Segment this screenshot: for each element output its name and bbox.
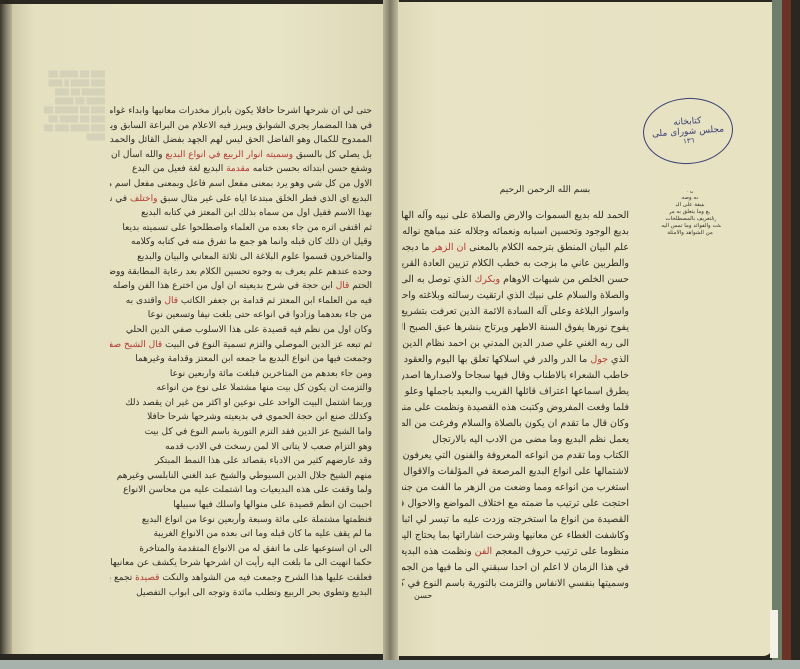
text-line: واما الشيخ عز الدين فقد التزم التورية با… [110,425,372,440]
line-text: استغرب من انواعه ومما وضعت من الزهر ما ا… [402,482,629,493]
line-text: والمتاخرون قسموا علوم البلاغة الى ثلاثة … [137,252,372,262]
line-text: ثم تبعه عز الدين الموصلي والتزم تسمية ال… [165,340,372,350]
text-line: وكاشفت الغطاء عن معانيها وشرحت اشاراتها … [402,528,629,544]
line-text: وربما اشتمل البيت الواحد على نوعين او اك… [125,398,372,408]
line-text-tail: ما دبجت به ديباجة الاوهام [402,242,429,253]
line-text: منظوما على ترتيب حروف المعجم [495,546,629,557]
text-line: البديع اي الذي فطر الخلق مبتدعا اياه على… [110,192,372,207]
text-line: وجمعت فيها من انواع البديع ما جمعه ابن ا… [110,352,372,367]
text-line: الذي جول ما الدر والدر في اسلاكها تعلق ب… [402,352,629,368]
line-text: حتى لي ان شرحها اشرحا حافلا يكون بابراز … [110,106,372,116]
line-text: بهذا الاسم فقيل اول من سماه بذلك ابن الم… [141,208,372,218]
text-line: والصلاة والسلام على نبيك الذي ارتقيت رسا… [402,288,629,304]
text-line: بديع الوجود وتحسين اسبابه ونعمائه وجلاله… [402,224,629,240]
text-line: الكتاب وما تقدم من انواعه المعروفة والفن… [402,448,629,464]
line-text: في هذا المضمار يجري الشوابق ويبرز فيه ال… [110,121,372,131]
line-text: في هذا الزمان لا اعلم ان احدا سبقني الى … [402,562,629,573]
line-text: فنظمتها مشتملة على مائة وسبعة وأربعين نو… [142,515,372,525]
line-text-tail: تجمع بها الشتات [110,573,132,583]
text-line: يطرق اسماعها اعتراف قائلها القريب والبعي… [402,384,629,400]
line-text: ومن جاء بعدهم من المتاخرين فبلغت مائة وا… [170,369,372,379]
line-text: وقيل ان ذلك كان قبله وانما هو جمع ما تفر… [131,237,372,247]
text-line: وكذلك صنع ابن حجة الحموي في بديعيته وشرح… [110,410,372,425]
text-line: ولما وقفت على هذه البديعيات وما اشتملت ع… [110,483,372,498]
rubric-text: مقدمة [226,164,250,174]
text-line: ومن جاء بعدهم من المتاخرين فبلغت مائة وا… [110,367,372,382]
line-text: خاطب الشعراء بالاطناب وقال فيها سجاحا ول… [402,370,629,381]
line-text: وكاشفت الغطاء عن معانيها وشرحت اشاراتها … [402,530,629,541]
text-line: يفوح نورها يفوق السنة الاطهر ويرتاح بنشر… [402,320,629,336]
line-text-tail: واقتدى به [126,296,162,306]
line-text: بديع الوجود وتحسين اسبابه ونعمائه وجلاله… [402,226,629,237]
line-text: البديع اي الذي فطر الخلق مبتدعا اياه على… [160,194,372,204]
line-text: لاشتمالها على انواع البديع المرصعة في ال… [403,466,629,477]
text-line: واسوار البلاغة وعلى آله السادة الائمة ال… [402,304,629,320]
rubric-text: قال [164,296,178,306]
line-text: ثم اقتفى اثره من جاء بعده من العلماء واص… [122,223,372,233]
line-text: الى ربه الغني علي صدر الدين المدني بن اح… [402,338,629,349]
text-line: والتزمت ان يكون كل بيت منها مشتملا على ن… [110,381,372,396]
line-text: الممدوح للكمال وهو الفاضل الحق ليس لهم ا… [110,135,372,145]
text-line: وقد عارضهم كثير من الادباء بقصائد على هذ… [110,454,372,469]
line-text: بل يصلي كل بالسبق [296,150,372,160]
left-page-text: حتى لي ان شرحها اشرحا حافلا يكون بابراز … [110,104,372,600]
line-text-tail: ونظمت هذه البديعية [402,546,472,557]
line-text: حسن الخلص من شبهات الاوهام [503,274,629,285]
text-line: يعمل نظم البديع وما مضى من الادب اليه با… [402,432,629,448]
line-text: من جاء بعدهما وزادوا في انواعه حتى بلغت … [148,310,372,320]
line-text: والصلاة [600,290,629,301]
rubric-text: قال [336,281,350,291]
line-text-tail: والله اسأل ان يجعله [110,150,163,160]
line-text: والتزمت ان يكون كل بيت منها مشتملا على ن… [156,383,372,393]
line-text: حكما انهيت الى ما بلغت اليه رأيت ان اشرح… [110,558,372,568]
text-line: حتى لي ان شرحها اشرحا حافلا يكون بابراز … [110,104,372,119]
line-text-tail: الذي توصل به الى تقييد النعم [402,274,471,285]
text-line: في هذا الزمان لا اعلم ان احدا سبقني الى … [402,560,629,576]
bleed-through-text: ▒▒▒ ▒▒ ▒▒▒▒ ▒▒ ▒▒▒ ▒▒▒▒ ▒ ▒▒▒ ▒▒▒▒▒ ▒▒ ▒… [40,70,105,630]
line-text: يفوح نورها يفوق السنة الاطهر ويرتاح بنشر… [402,322,629,333]
binding-edge-green [772,0,782,660]
bottom-border [0,660,800,669]
text-line: وكان اول من نظم فيه قصيدة على هذا الاسلو… [110,323,372,338]
rubric-text: جول [590,354,608,365]
text-line: لاشتمالها على انواع البديع المرصعة في ال… [402,464,629,480]
text-line: الحمد لله بديع السموات والارض والصلاة عل… [402,208,629,224]
line-text: ما لم يقف عليه ما كان قبله وما اتى بعده … [153,529,372,539]
line-text: الحتم [352,281,372,291]
text-line: احتجت على ترتيب ما ضمته مع اختلاف المواض… [402,496,629,512]
line-text: وحده عندهم علم يعرف به وجوه تحسين الكلام… [110,267,372,277]
text-line: حسن الخلص من شبهات الاوهام وبكرك الذي تو… [402,272,629,288]
text-line: استغرب من انواعه ومما وضعت من الزهر ما ا… [402,480,629,496]
text-line: ثم تبعه عز الدين الموصلي والتزم تسمية ال… [110,338,372,353]
line-text: منهم الشيخ جلال الدين السيوطي والشيخ عبد… [117,471,372,481]
catchword: حسن [414,591,432,600]
line-text: وقد عارضهم كثير من الادباء بقصائد على هذ… [155,456,372,466]
line-text: يعمل نظم البديع وما مضى من الادب اليه با… [432,434,629,445]
rubric-text: الفن [475,546,493,557]
line-text: علم البيان المنطق بترجمه الكلام بالمعنى [469,242,629,253]
text-line: من جاء بعدهما وزادوا في انواعه حتى بلغت … [110,308,372,323]
line-text: وسميتها بنفسي الانفاس والتزمت بالتورية ب… [402,578,629,589]
line-text: فيه من العلماء ابن المعتز ثم قدامة بن جع… [181,296,372,306]
text-line: احببت ان انظم قصيدة على منوالها واسلك في… [110,498,372,513]
text-line: بل يصلي كل بالسبق وسميته انوار الربيع في… [110,148,372,163]
line-text: وكان اول من نظم فيه قصيدة على هذا الاسلو… [126,325,372,335]
rubric-text: وسميته انوار الربيع في انواع البديع [165,150,293,160]
text-line: علم البيان المنطق بترجمه الكلام بالمعنى … [402,240,629,256]
text-line: فعلقت عليها هذا الشرح وجمعت فيه من الشوا… [110,571,372,586]
line-text: والطربين عاني ما بزجت به خطب الكلام تزيي… [402,258,629,269]
line-text: وهو التزام صعب لا يتاتى الا لمن رسخت في … [165,442,372,452]
line-text: وكان قال ما تقدم [560,418,629,429]
line-text: الكتاب وما تقدم من انواعه المعروفة والفن… [403,450,629,461]
line-text-tail: في نقل اسم هذا العلم [110,194,127,204]
line-text: واسوار البلاغة وعلى آله السادة الائمة ال… [402,306,629,317]
rubric-text: ان الزهر [432,242,466,253]
text-line: والمتاخرون قسموا علوم البلاغة الى ثلاثة … [110,250,372,265]
line-text: القصيدة من انواع ما استخرجته وزدت عليه م… [402,514,629,525]
line-text: يطرق اسماعها اعتراف قائلها القريب والبعي… [402,386,629,397]
text-line: وربما اشتمل البيت الواحد على نوعين او اك… [110,396,372,411]
text-line: منهم الشيخ جلال الدين السيوطي والشيخ عبد… [110,469,372,484]
line-text: وجمعت فيها من انواع البديع ما جمعه ابن ا… [135,354,372,364]
text-line: الى ربه الغني علي صدر الدين المدني بن اح… [402,336,629,352]
text-line: البديع وتطوي بحر الربيع وتطلب مائدة وتوج… [110,586,372,601]
line-text-tail: ابن حجة في شرح بديعيته ان اول من اخترع ه… [113,281,333,291]
basmala-heading: بسم الله الرحمن الرحيم [480,185,610,195]
page-marker-strip [770,610,778,658]
text-line: وسميتها بنفسي الانفاس والتزمت بالتورية ب… [402,576,629,592]
text-line: الاول من كل شي وهو يرد بمعنى مفعل اسم فا… [110,177,372,192]
rubric-text: قال الشيخ صفي الدين [110,340,162,350]
text-line: وكان قال ما تقدم ان يكون بالصلاة والسلام… [402,416,629,432]
binding-edge-red [782,0,791,660]
line-text-tail: والسلام على نبيك الذي ارتقيت رسالته وبلا… [402,290,597,301]
text-line: وحده عندهم علم يعرف به وجوه تحسين الكلام… [110,265,372,280]
stamp-number: ١٣٦ [683,137,695,146]
text-line: والطربين عاني ما بزجت به خطب الكلام تزيي… [402,256,629,272]
line-text: الى ان استوعبها على ما اتفق له من الانوا… [139,544,372,554]
text-line: الى ان استوعبها على ما اتفق له من الانوا… [110,542,372,557]
line-text: الحمد لله بديع السموات والارض والصلاة عل… [402,210,629,221]
text-line: فيه من العلماء ابن المعتز ثم قدامة بن جع… [110,294,372,309]
text-line: بهذا الاسم فقيل اول من سماه بذلك ابن الم… [110,206,372,221]
text-line: الممدوح للكمال وهو الفاضل الحق ليس لهم ا… [110,133,372,148]
text-line: ثم اقتفى اثره من جاء بعده من العلماء واص… [110,221,372,236]
text-line: خاطب الشعراء بالاطناب وقال فيها سجاحا ول… [402,368,629,384]
rubric-text: واختلف [130,194,157,204]
line-text: البديع وتطوي بحر الربيع وتطلب مائدة وتوج… [136,588,372,598]
line-text: وكذلك صنع ابن حجة الحموي في بديعيته وشرح… [147,412,372,422]
text-line: وشفع حسن ابتدائه بحسن ختامه مقدمة البديع… [110,162,372,177]
text-line: في هذا المضمار يجري الشوابق ويبرز فيه ال… [110,119,372,134]
line-text: احببت ان انظم قصيدة على منوالها واسلك في… [173,500,372,510]
line-text: احتجت على ترتيب ما ضمته مع اختلاف المواض… [402,498,629,509]
line-text-tail: البديع لغة فعيل من البدع [132,164,223,174]
text-line: القصيدة من انواع ما استخرجته وزدت عليه م… [402,512,629,528]
rubric-text: وبكرك [475,274,501,285]
book-gutter [383,0,399,660]
line-text: فعلقت عليها هذا الشرح وجمعت فيه من الشوا… [162,573,372,583]
rubric-text: قصيدة [135,573,159,583]
line-text-tail: ما الدر والدر في اسلاكها تعلق بها اليوم … [404,354,588,365]
text-line: فلما وقعت المفروض وكتبت هذه القصيدة ونظم… [402,400,629,416]
text-line: حكما انهيت الى ما بلغت اليه رأيت ان اشرح… [110,556,372,571]
text-line: وهو التزام صعب لا يتاتى الا لمن رسخت في … [110,440,372,455]
line-text: واما الشيخ عز الدين فقد التزم التورية با… [145,427,372,437]
right-page-text: الحمد لله بديع السموات والارض والصلاة عل… [402,208,629,592]
text-line: وقيل ان ذلك كان قبله وانما هو جمع ما تفر… [110,235,372,250]
line-text: فلما وقعت المفروض وكتبت هذه القصيدة ونظم… [402,402,629,413]
line-text: ولما وقفت على هذه البديعيات وما اشتملت ع… [123,485,372,495]
line-text: الذي [611,354,629,365]
text-line: ما لم يقف عليه ما كان قبله وما اتى بعده … [110,527,372,542]
text-line: منظوما على ترتيب حروف المعجم الفن ونظمت … [402,544,629,560]
line-text: وشفع حسن ابتدائه بحسن ختامه [253,164,372,174]
line-text: الاول من كل شي وهو يرد بمعنى مفعل اسم فا… [110,179,372,189]
line-text-tail: ان يكون بالصلاة والسلام وفرغت من الطامة [402,418,557,429]
text-line: الحتم قال ابن حجة في شرح بديعيته ان اول … [110,279,372,294]
text-line: فنظمتها مشتملة على مائة وسبعة وأربعين نو… [110,513,372,528]
